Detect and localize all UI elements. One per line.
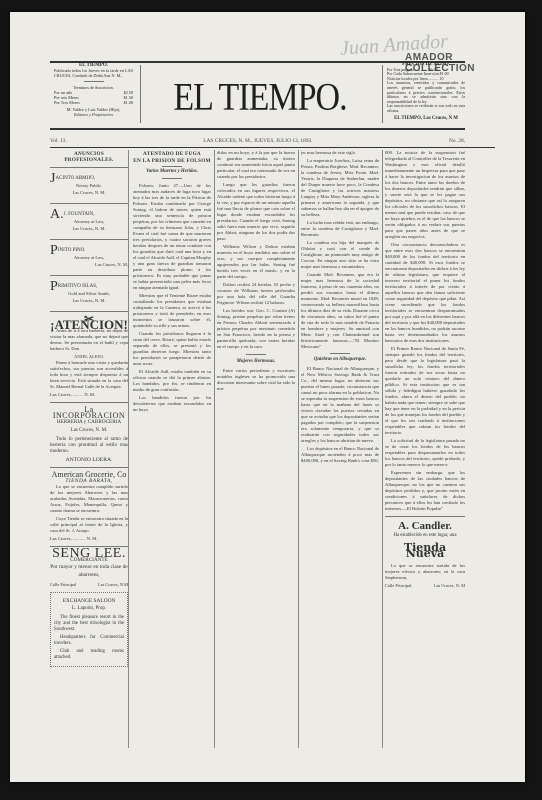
atencion-ad-title: ✂¡ATENCION! <box>50 316 128 328</box>
ad-text: Cuya Tienda se encuentra situada en la c… <box>50 516 128 534</box>
article-subhead: Quiebras en Albuquerque. <box>301 357 379 363</box>
rate-note: Los anuncios, remitidos y comunicados de… <box>387 81 465 104</box>
article-paragraph: jer mas hermosa de este siglo. <box>301 150 379 156</box>
column-banks-article: 000. La noticia de la suspension fué tel… <box>385 150 465 748</box>
article-paragraph: 000. La noticia de la suspension fué tel… <box>385 150 465 240</box>
article-paragraph: Cuando Mad. Recamier, que era la mujer m… <box>301 272 379 350</box>
ad-text: La que se encuentra surtida de los mejor… <box>385 563 465 581</box>
article-paragraph: Entre varios periodistas y escritores no… <box>217 368 295 392</box>
ad-place: Las Cruces, N. M. <box>50 428 128 434</box>
article-paragraph: Luego que los guardias fueron colocados … <box>217 182 295 242</box>
article-paragraph: Folsom, Junio 27.—Uno de los atentados m… <box>133 183 211 291</box>
ad-text: Pasen á honrarle una visita y quedarán s… <box>50 360 128 390</box>
article-paragraph: La solicitud de la legislatura pasada no… <box>385 438 465 468</box>
columns: ANUNCIOS PROFESIONALES. JACINTO ARMIJO, … <box>50 150 495 750</box>
article-paragraph: Los heridos son: Geo. C. Contant (A) Son… <box>217 308 295 350</box>
masthead: EL TIEMPO. Publicado todos los Jueves en… <box>50 63 465 128</box>
article-paragraph: Cuando los presidarios llegaron á la cim… <box>133 331 211 367</box>
volume-number: Vol. 13. <box>50 138 67 144</box>
ad-card: PINITO PINO. Attorney at Law,Las Cruces,… <box>50 244 128 271</box>
article-paragraph: Esperemos sin embargo, que los depositan… <box>385 470 465 512</box>
article-subhead: Mujeres Hermosas. <box>217 359 295 365</box>
issue-number: No. 28, <box>449 138 465 144</box>
masthead-divider <box>382 65 383 123</box>
rate-note: Las suscriciones se recibirán si son tod… <box>387 104 465 113</box>
masthead-divider <box>140 65 141 123</box>
article-paragraph: Mientras que el Teniente Briare estaba c… <box>133 293 211 329</box>
incorporacion-subtitle: HERRERIA y CARROCERIA <box>50 419 128 425</box>
ad-text: Todo lo perteneciente al ramo de herreri… <box>50 437 128 455</box>
article-paragraph: La lucha mas reñida está, sin embargo, e… <box>301 220 379 238</box>
article-paragraph: Los bandidos fueron por fin descubiertos… <box>133 395 211 413</box>
article-paragraph: Williams Wilson y Dalton estaban muertos… <box>217 244 295 280</box>
advertising-rates-box: PRECIOS DE AVISO. Por Una pulgada.......… <box>387 63 465 125</box>
ad-footer: Calle PrincipalLas Cruces, N.M <box>50 582 128 588</box>
column-folsom-continued: didos en un hoyo, y á la par que la fuer… <box>217 150 299 748</box>
article-paragraph: didos en un hoyo, y á la par que la fuer… <box>217 150 295 180</box>
article-paragraph: Los depósitos en el Banco Nacional de Al… <box>301 446 379 464</box>
ad-text: Ha establecido en este lugar, una <box>385 533 465 539</box>
article-paragraph: El Primer Banco Nacional de Santa Fé, si… <box>385 346 465 436</box>
article-paragraph: La condesa era hija del marqués de Oldoi… <box>301 240 379 270</box>
editors-title: Editores y Propietarios <box>50 112 137 117</box>
ad-card: A.J. FOUNTAIN, Attorney at Law,Las Cruce… <box>50 208 128 235</box>
article-subhead: Varios Muertos y Heridos. <box>133 169 211 175</box>
column-folsom-article: ATENTADO DE FUGA EN LA PRISION DE FOLSOM… <box>133 150 215 748</box>
dateline-rule <box>50 147 495 148</box>
dateline: Vol. 13. LAS CRUCES, N. M., JUEVES, JULI… <box>50 138 465 144</box>
ad-text: Lo que se encuentra cumplido surtido de … <box>50 484 128 514</box>
rates-footer: EL TIEMPO, Las Cruces, N M <box>387 117 465 122</box>
incorporacion-title: La INCORPORACION <box>50 407 128 419</box>
masthead-bottom-rule <box>50 128 465 130</box>
exchange-saloon-ad: EXCHANGE SALOON L. Lapoint, Prop. The fi… <box>50 592 128 667</box>
ad-card: JACINTO ARMIJO, Notary Public.Las Cruces… <box>50 172 128 199</box>
publication-note: Publicado todos los Jueves en la tarde e… <box>50 68 137 78</box>
article-paragraph: El Alcaide Aull, estaba también en su of… <box>133 369 211 393</box>
ad-footer: Las Cruces, ......... N. M. <box>50 392 128 398</box>
section-heading: ANUNCIOS PROFESIONALES. <box>50 151 128 163</box>
tienda-nueva-title: Tienda Nueva <box>385 545 465 557</box>
article-paragraph: Dalton recibió 24 heridas. El pecho y co… <box>217 282 295 306</box>
article-paragraph: Otra circunstancia desconsoladora es que… <box>385 242 465 344</box>
column-professional-ads: ANUNCIOS PROFESIONALES. JACINTO ARMIJO, … <box>50 150 129 748</box>
article-headline-2: EN LA PRISION DE FOLSOM <box>133 158 211 164</box>
issue-date: LAS CRUCES, N. M., JUEVES, JULIO 13, 189… <box>203 138 312 144</box>
column-mujeres-article: jer mas hermosa de este siglo. La empera… <box>301 150 383 748</box>
ad-text: Antes de ir á otra barberia, no dejen de… <box>50 328 128 352</box>
article-headline: ATENTADO DE FUGA <box>133 151 211 157</box>
article-paragraph: El Banco Nacional de Albuquerque, y el N… <box>301 366 379 444</box>
newspaper-title: EL TIEMPO. <box>145 76 375 120</box>
ad-footer: Las Cruces, ........... N. M. <box>50 536 128 542</box>
term-row: Por Tres Meses$1.00 <box>50 100 137 105</box>
subscription-box: EL TIEMPO. Publicado todos los Jueves en… <box>50 63 137 125</box>
candler-ad-title: A. Candler. <box>385 523 465 529</box>
ad-card: PRIMITIVO ISLAS, Gold and Silver Smith,L… <box>50 280 128 307</box>
article-paragraph: La emperatriz Josefina, Luisa reina de P… <box>301 158 379 218</box>
ad-footer: Calle Principal.Las Cruces, N. M <box>385 583 465 589</box>
ad-text: Por mayor y menor en toda clase de abarr… <box>50 563 128 579</box>
ad-owner: ANTONIO LOERA. <box>50 457 128 463</box>
